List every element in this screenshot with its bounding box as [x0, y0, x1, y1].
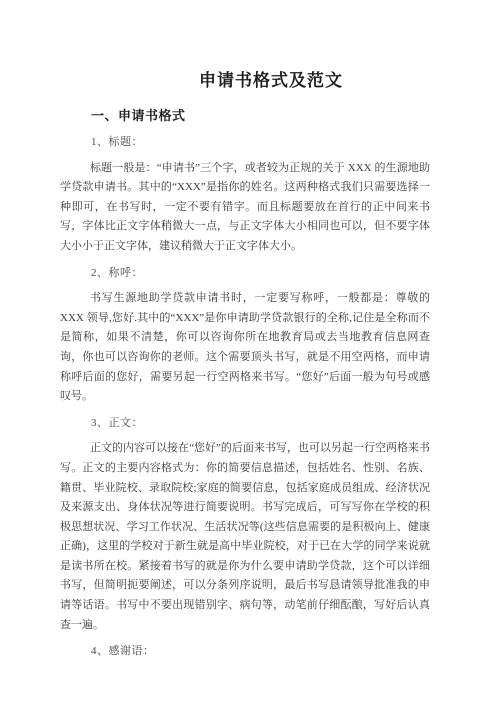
item-paragraph: 书写生源地助学贷款申请书时，一定要写称呼，一般都是：尊敬的 XXX 领导,您好.… — [60, 289, 430, 407]
item-label: 3、正文： — [91, 414, 430, 434]
list-item-title: 1、标题： 标题一般是：“申请书”三个字，或者较为正规的关于 XXX 的生源地助… — [60, 133, 430, 257]
document-title: 申请书格式及范文 — [86, 70, 456, 92]
document-page: 申请书格式及范文 一、申请书格式 1、标题： 标题一般是：“申请书”三个字，或者… — [0, 0, 500, 707]
list-item-thanks: 4、感谢语： — [60, 642, 430, 662]
item-label: 4、感谢语： — [91, 642, 430, 662]
section-heading: 一、申请书格式 — [91, 106, 430, 126]
list-item-salutation: 2、称呼： 书写生源地助学贷款申请书时，一定要写称呼，一般都是：尊敬的 XXX … — [60, 264, 430, 407]
item-paragraph: 正文的内容可以接在“您好”的后面来书写，也可以另起一行空两格来书写。正文的主要内… — [60, 439, 430, 635]
list-item-body-text: 3、正文： 正文的内容可以接在“您好”的后面来书写，也可以另起一行空两格来书写。… — [60, 414, 430, 636]
item-paragraph: 标题一般是：“申请书”三个字，或者较为正规的关于 XXX 的生源地助学贷款申请书… — [60, 159, 430, 257]
item-label: 1、标题： — [91, 133, 430, 153]
item-label: 2、称呼： — [91, 264, 430, 284]
